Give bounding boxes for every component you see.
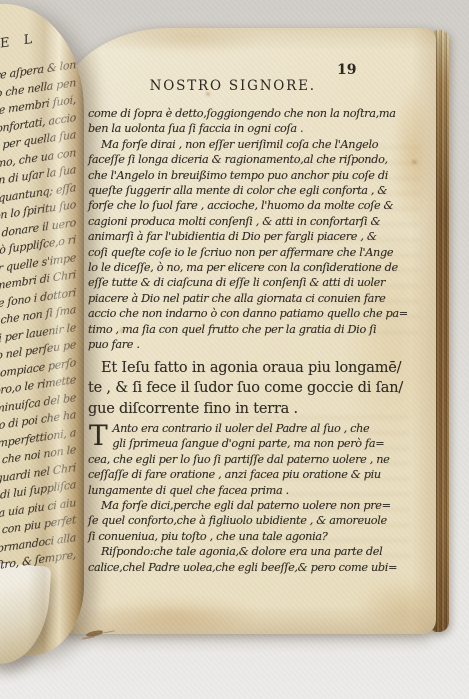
paragraph-ma-forse-dirai: Ma forſe dirai , non eſſer ueriſimil coſ…	[88, 137, 423, 353]
paper-stain	[115, 24, 265, 54]
paper-stain	[90, 596, 260, 638]
paragraph-tanto-era: TAnto era contrario il uoler del Padre a…	[88, 421, 423, 498]
page-text: come di ſopra è detto,ſoggiongendo che n…	[88, 106, 423, 575]
book-photo: NOSTRO SIGNORE. 19 come di ſopra è detto…	[0, 0, 469, 699]
left-page-header-fragment: E L	[0, 31, 37, 51]
left-page: E L ere aſpera & lon ello che nella pen …	[0, 4, 84, 656]
running-header-title: NOSTRO SIGNORE.	[150, 78, 316, 94]
drop-cap-initial: T	[88, 421, 112, 449]
page-number: 19	[337, 62, 356, 78]
right-page: NOSTRO SIGNORE. 19 come di ſopra è detto…	[60, 28, 436, 634]
left-page-text-fragments: ere aſpera & lon ello che nella pen di n…	[0, 56, 76, 579]
paragraph-rispondo: Riſpondo:che tale agonia,& dolore era un…	[88, 544, 423, 575]
paragraph-ma-forse-dici: Ma forſe dici,perche egli dal paterno uo…	[88, 498, 423, 544]
left-page-curl	[0, 561, 51, 666]
paragraph-continuation: come di ſopra è detto,ſoggiongendo che n…	[88, 106, 423, 137]
paragraph-tanto-era-text: Anto era contrario il uoler del Padre al…	[88, 422, 389, 497]
paragraph-et-iesu-quote: Et Ieſu fatto in agonia oraua piu longam…	[88, 358, 423, 420]
